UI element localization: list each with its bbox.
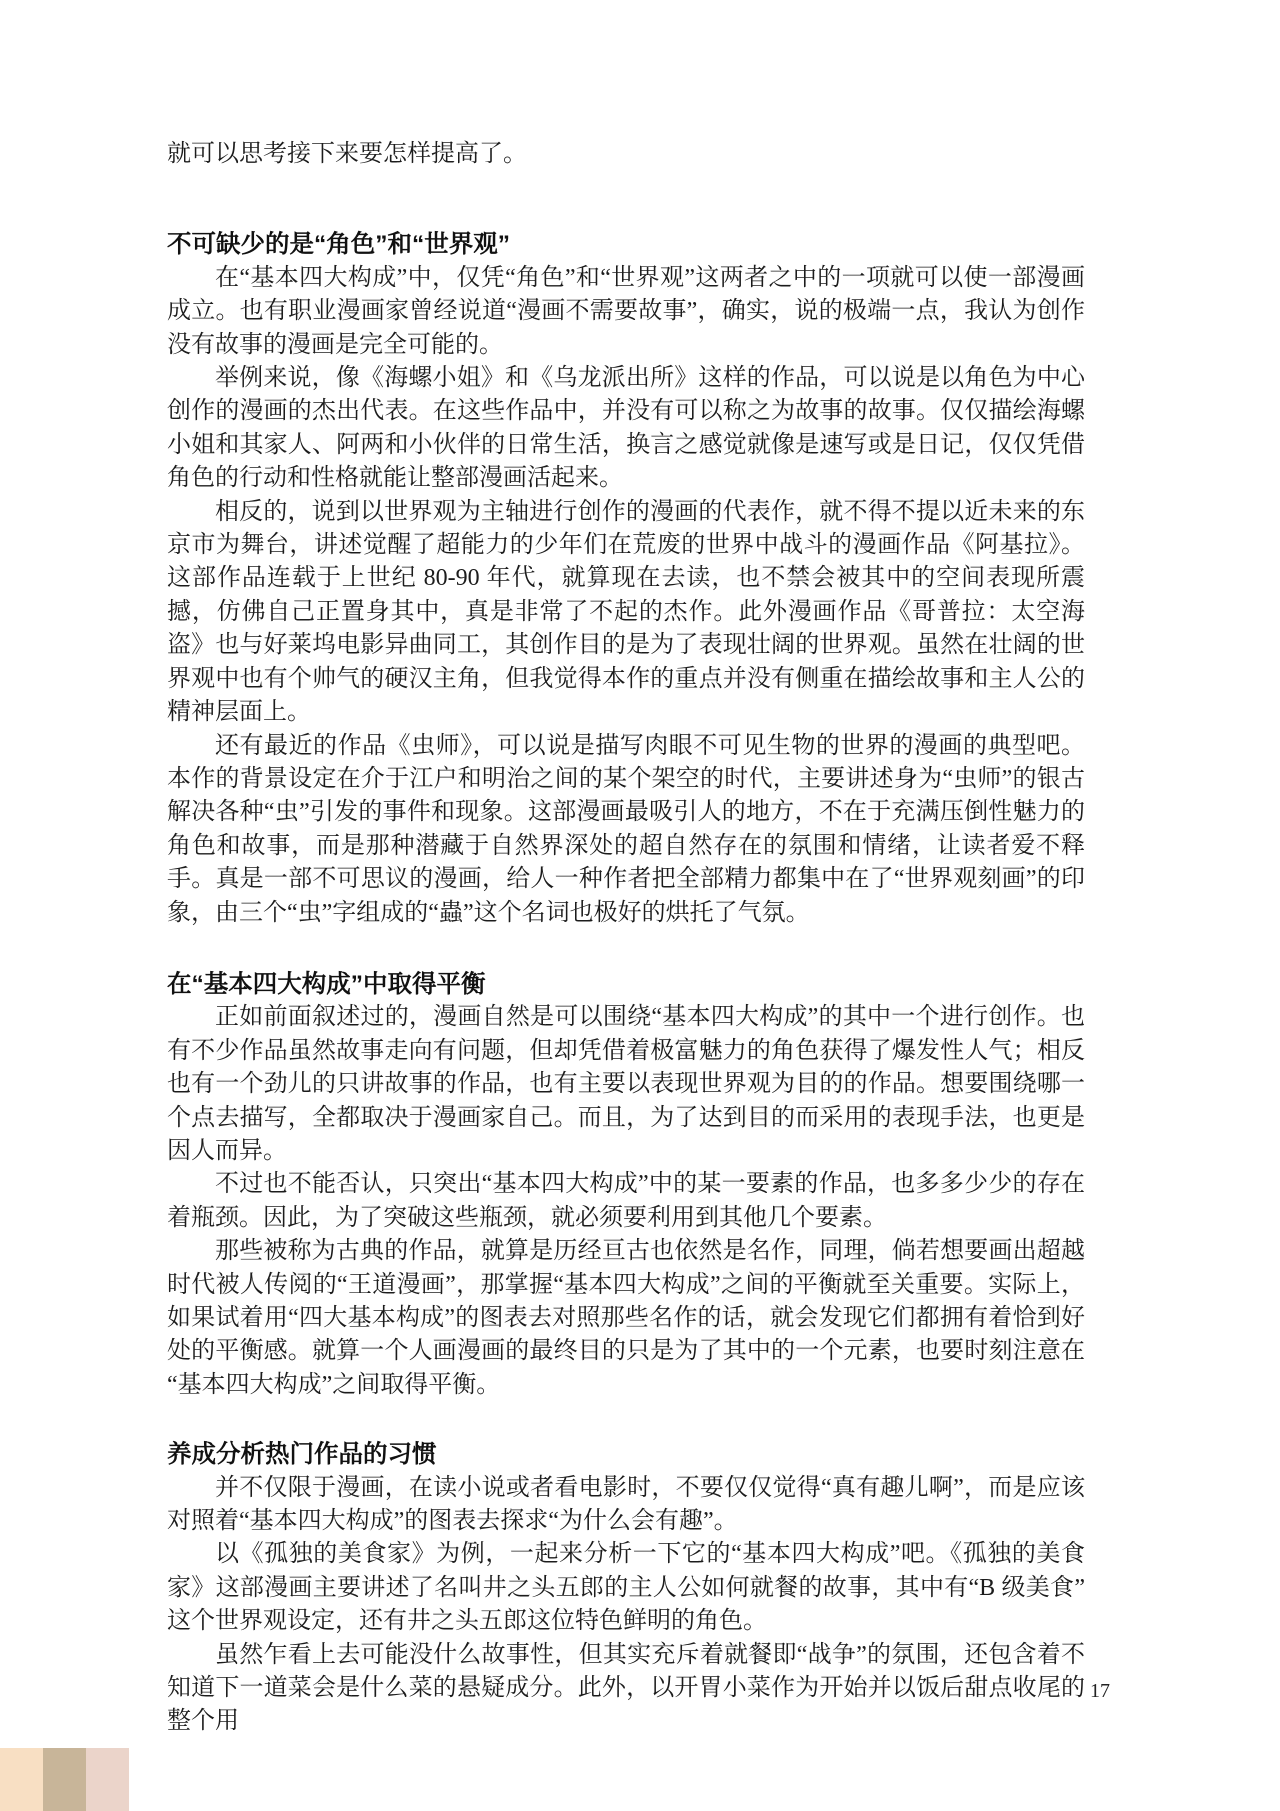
corner-bar	[86, 1748, 129, 1811]
document-page: { "page": { "background": "#ffffff", "te…	[0, 0, 1280, 1811]
page-number: 17	[1090, 1680, 1110, 1703]
corner-bar	[0, 1748, 43, 1811]
section-heading: 养成分析热门作品的习惯	[167, 1438, 1085, 1471]
body-paragraph: 并不仅限于漫画，在读小说或者看电影时，不要仅仅觉得“真有趣儿啊”，而是应该对照着…	[167, 1472, 1085, 1539]
intro-paragraph: 就可以思考接下来要怎样提高了。	[167, 138, 1085, 171]
body-paragraph: 在“基本四大构成”中，仅凭“角色”和“世界观”这两者之中的一项就可以使一部漫画成…	[167, 262, 1085, 362]
body-paragraph: 虽然乍看上去可能没什么故事性，但其实充斥着就餐即“战争”的氛围，还包含着不知道下…	[167, 1639, 1085, 1739]
corner-decoration-bars	[0, 1748, 129, 1811]
body-paragraph: 举例来说，像《海螺小姐》和《乌龙派出所》这样的作品，可以说是以角色为中心创作的漫…	[167, 362, 1085, 496]
section-characters-worldview: 不可缺少的是“角色”和“世界观” 在“基本四大构成”中，仅凭“角色”和“世界观”…	[167, 228, 1085, 930]
section-balance: 在“基本四大构成”中取得平衡 正如前面叙述过的，漫画自然是可以围绕“基本四大构成…	[167, 968, 1085, 1402]
body-paragraph: 那些被称为古典的作品，就算是历经亘古也依然是名作，同理，倘若想要画出超越时代被人…	[167, 1235, 1085, 1402]
section-analysis-habit: 养成分析热门作品的习惯 并不仅限于漫画，在读小说或者看电影时，不要仅仅觉得“真有…	[167, 1438, 1085, 1739]
body-paragraph: 正如前面叙述过的，漫画自然是可以围绕“基本四大构成”的其中一个进行创作。也有不少…	[167, 1001, 1085, 1168]
body-paragraph: 还有最近的作品《虫师》，可以说是描写肉眼不可见生物的世界的漫画的典型吧。本作的背…	[167, 730, 1085, 930]
body-paragraph: 相反的，说到以世界观为主轴进行创作的漫画的代表作，就不得不提以近未来的东京市为舞…	[167, 496, 1085, 730]
corner-bar	[43, 1748, 86, 1811]
body-paragraph: 不过也不能否认，只突出“基本四大构成”中的某一要素的作品，也多多少少的存在着瓶颈…	[167, 1168, 1085, 1235]
text-column: 就可以思考接下来要怎样提高了。 不可缺少的是“角色”和“世界观” 在“基本四大构…	[167, 138, 1085, 1739]
body-paragraph: 以《孤独的美食家》为例，一起来分析一下它的“基本四大构成”吧。《孤独的美食家》这…	[167, 1538, 1085, 1638]
section-heading: 不可缺少的是“角色”和“世界观”	[167, 228, 1085, 261]
section-heading: 在“基本四大构成”中取得平衡	[167, 968, 1085, 1001]
